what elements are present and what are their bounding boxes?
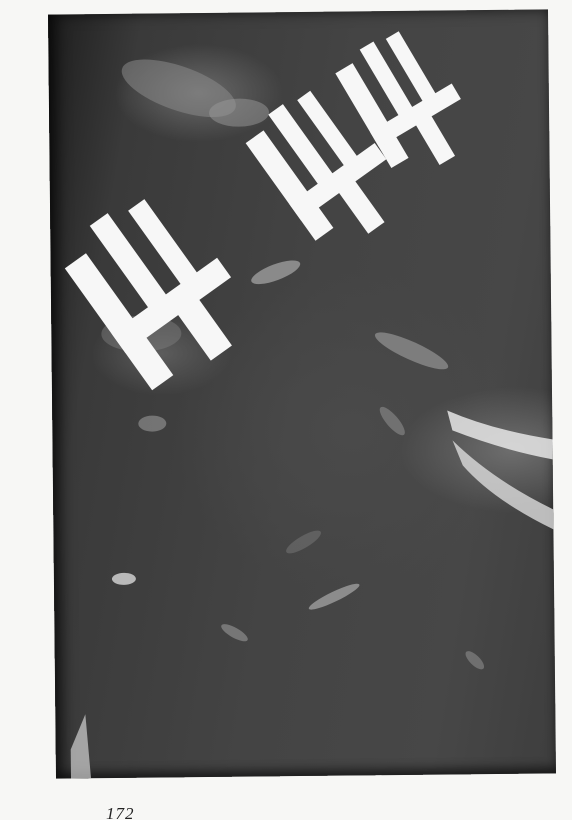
page-number: 172: [106, 804, 135, 820]
photo-content: [48, 9, 556, 778]
book-photograph: [48, 9, 556, 778]
trident-emblem-2: [240, 74, 416, 261]
trident-emblem-1: [53, 176, 263, 398]
